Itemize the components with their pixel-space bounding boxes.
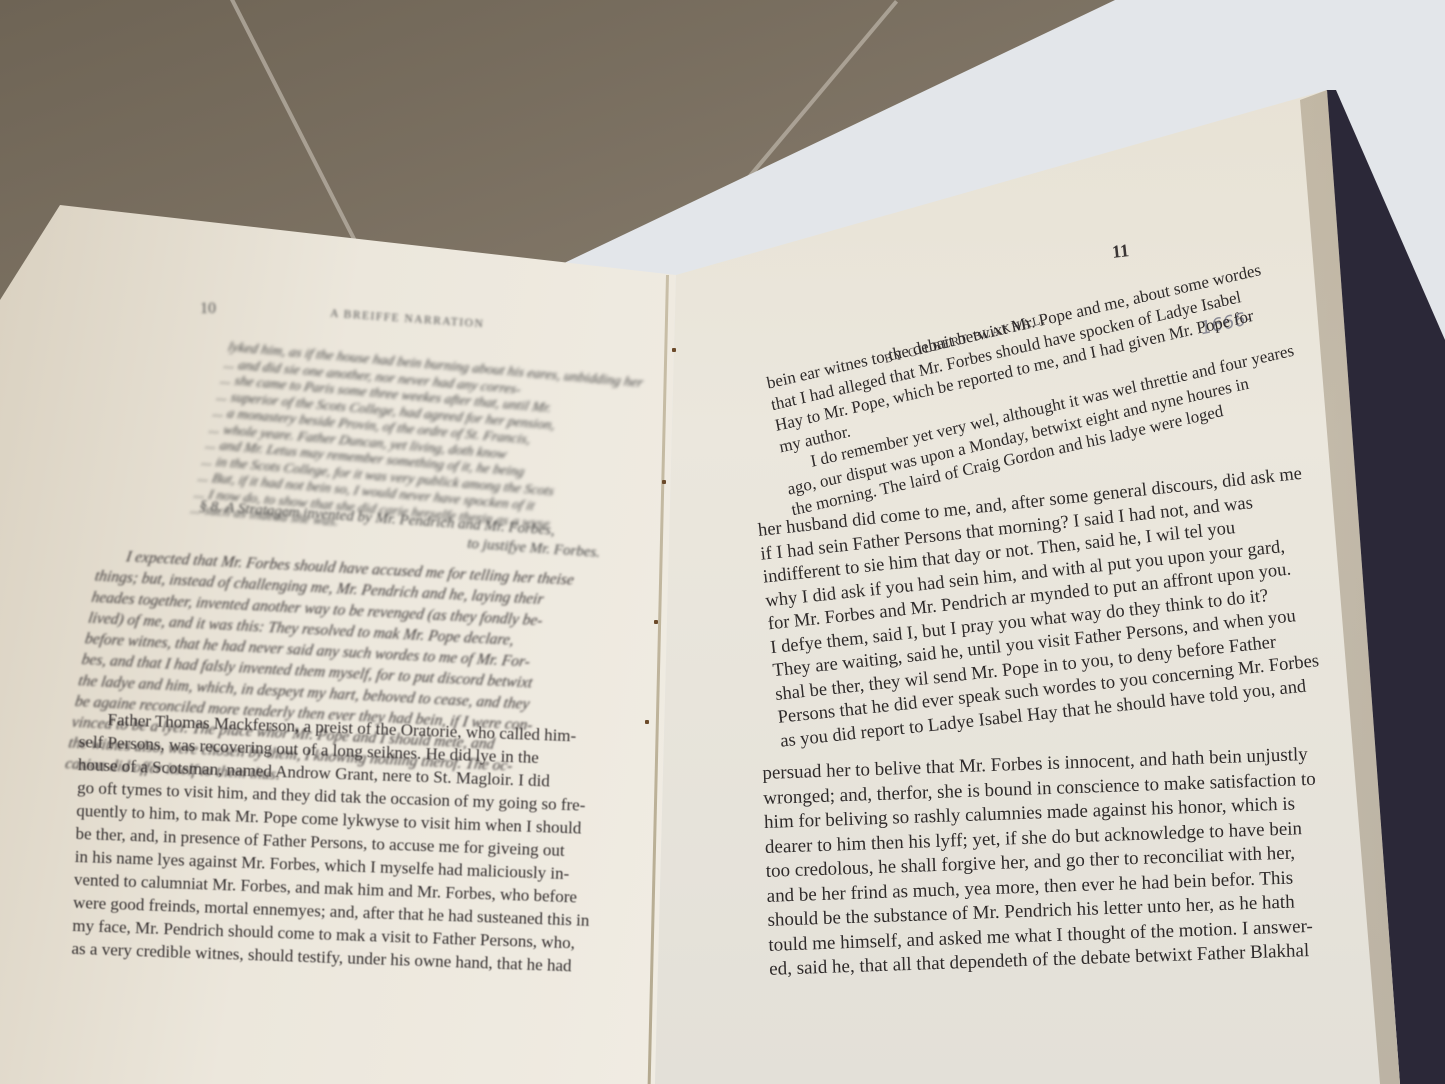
- left-page-bottom-paragraph: Father Thomas Mackferson, a preist of th…: [71, 707, 596, 978]
- right-page-number: 11: [1111, 240, 1130, 263]
- binding-stitch: [645, 720, 649, 724]
- binding-stitch: [672, 348, 676, 352]
- left-page-number: 10: [200, 300, 216, 318]
- right-page-lower-paragraph: persuad her to belive that Mr. Forbes is…: [762, 743, 1322, 983]
- binding-stitch: [654, 620, 658, 624]
- binding-stitch: [662, 480, 666, 484]
